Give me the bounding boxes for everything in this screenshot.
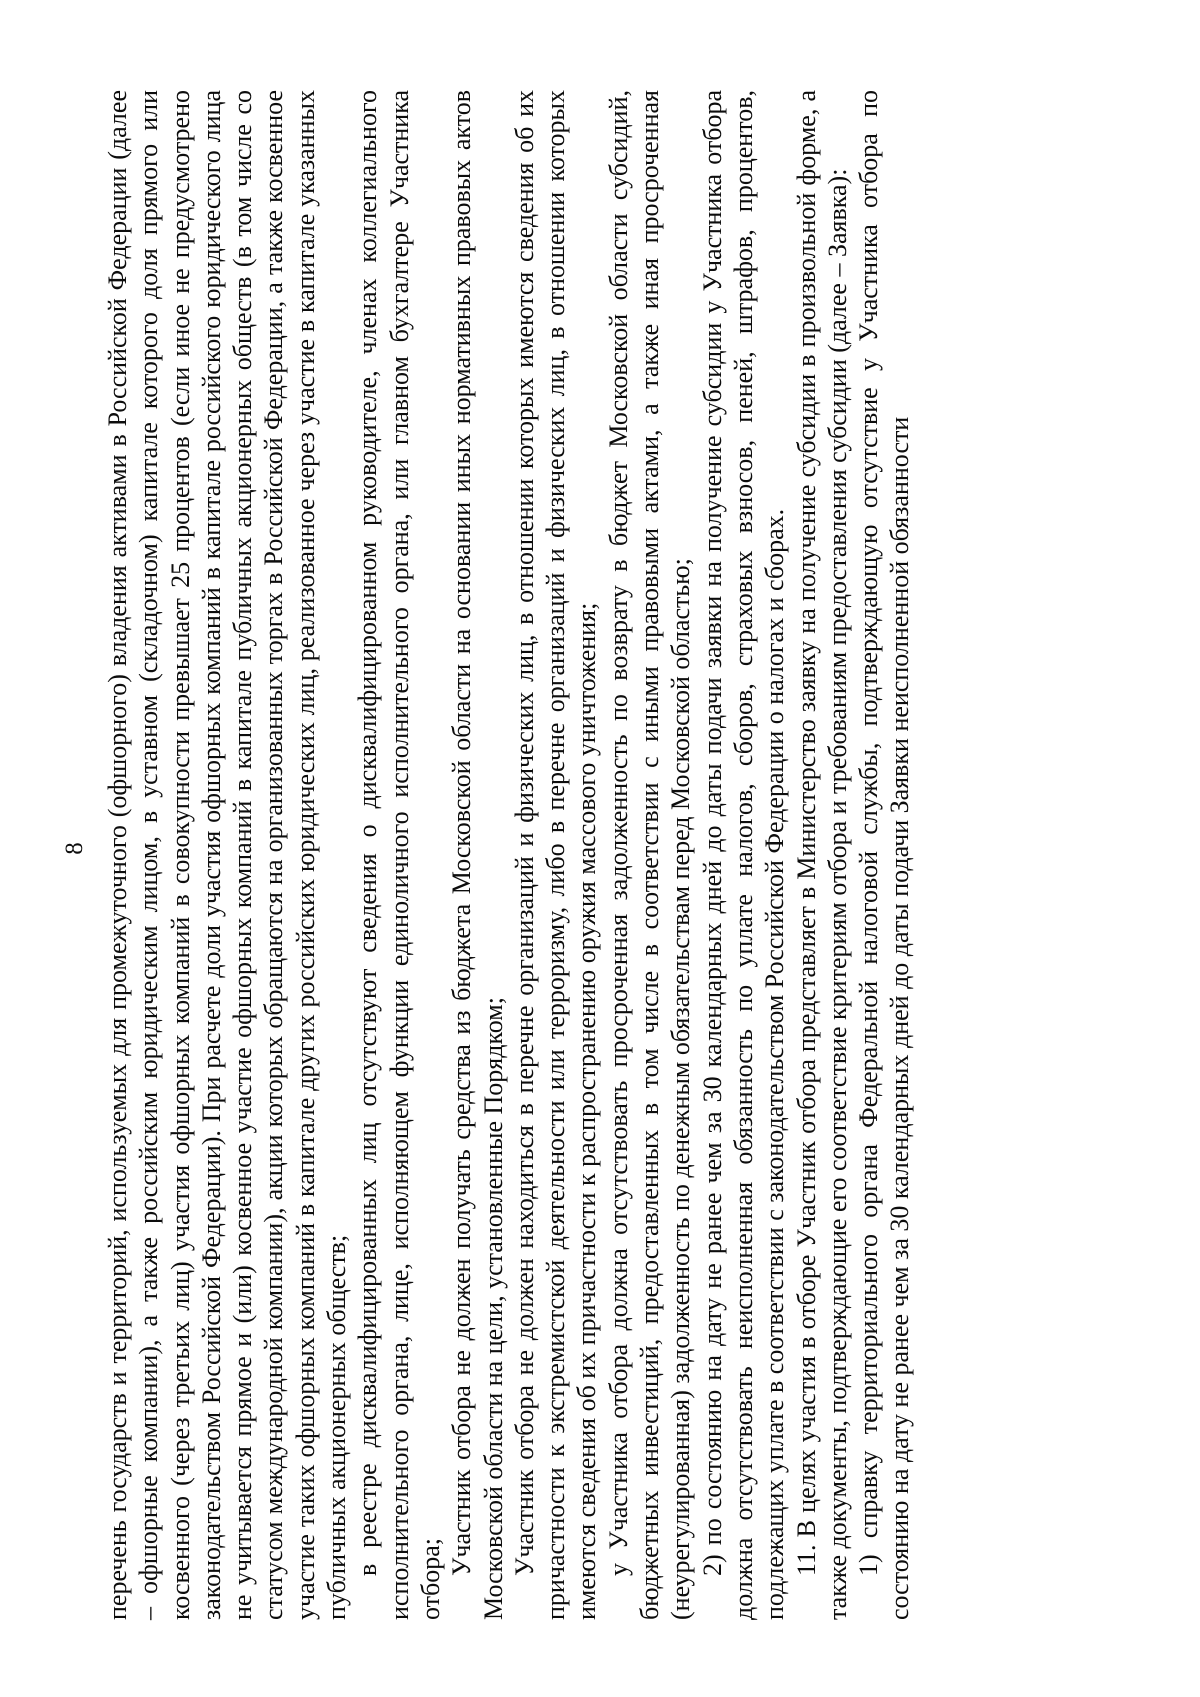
paragraph-extremism-list: Участник отбора не должен находиться в п…: [509, 90, 603, 1620]
scanned-page: 8 перечень государств и территорий, испо…: [0, 0, 1200, 1697]
paragraph-disqualified-register: в реестре дисквалифицированных лиц отсут…: [352, 90, 446, 1620]
paragraph-tax-certificate: 1) справку территориального органа Федер…: [853, 90, 916, 1620]
rotated-page-content: 8 перечень государств и территорий, испо…: [0, 0, 1200, 1697]
paragraph-offshore-ownership: перечень государств и территорий, исполь…: [102, 90, 352, 1620]
document-text: перечень государств и территорий, исполь…: [102, 90, 916, 1620]
paragraph-no-other-budget-funds: Участник отбора не должен получать средс…: [446, 90, 509, 1620]
paragraph-overdue-debt: у Участника отбора должна отсутствовать …: [603, 90, 697, 1620]
paragraph-item-11-application: 11. В целях участия в отборе Участник от…: [791, 90, 854, 1620]
paragraph-tax-obligations: 2) по состоянию на дату не ранее чем за …: [697, 90, 791, 1620]
page-number: 8: [62, 0, 87, 1697]
